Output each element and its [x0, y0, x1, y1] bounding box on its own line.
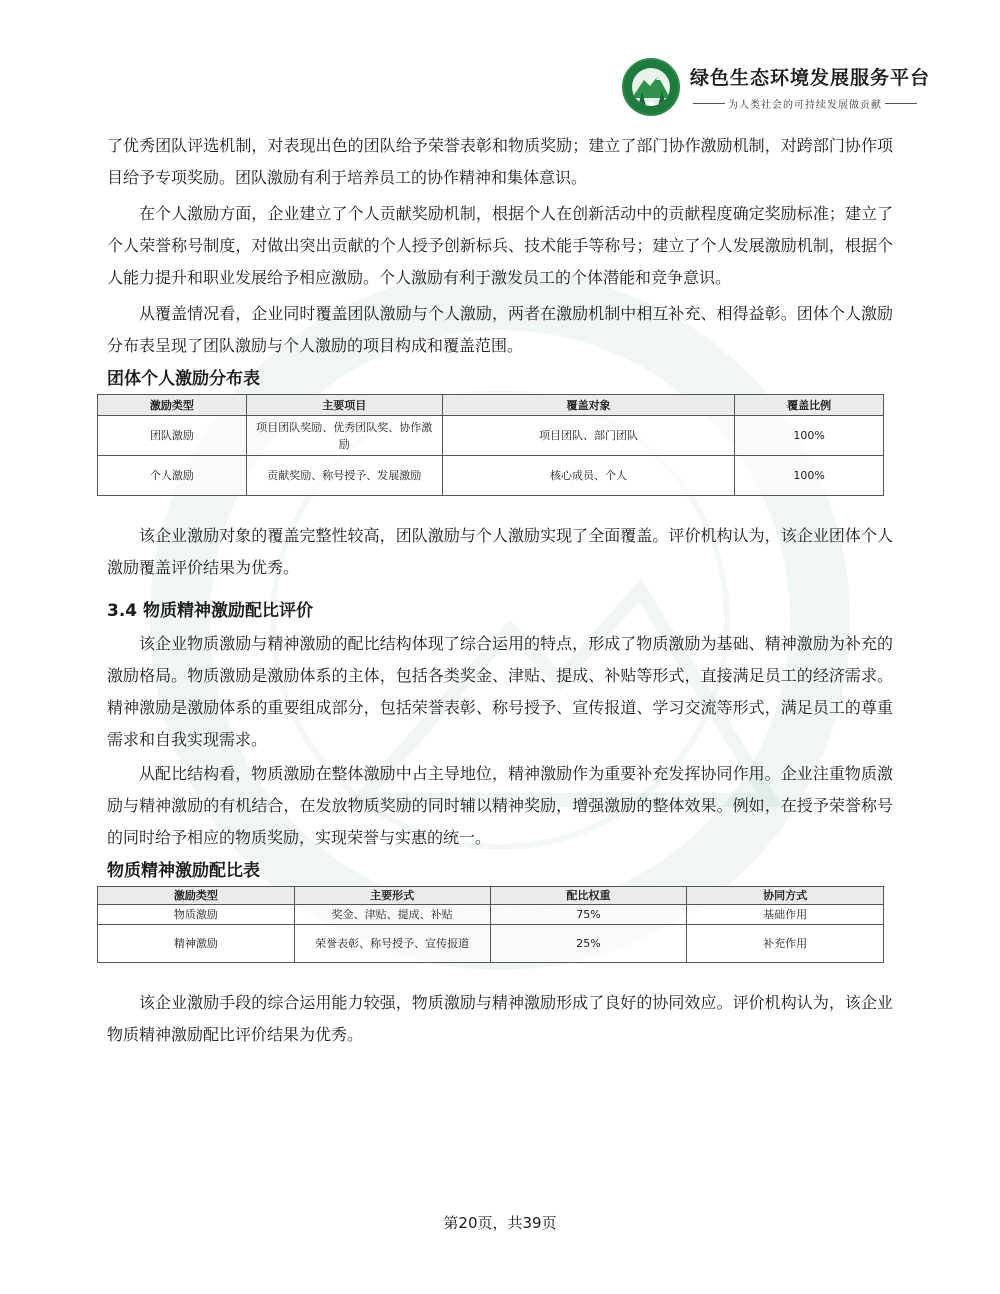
table-row: 精神激励 荣誉表彰、称号授予、宣传报道 25% 补充作用 [98, 925, 884, 963]
table-cell: 贡献奖励、称号授予、发展激励 [246, 456, 442, 496]
eco-mountain-seal-icon [622, 58, 680, 116]
table-cell: 75% [490, 905, 687, 925]
brand-title: 绿色生态环境发展服务平台 [690, 63, 930, 90]
table-header-cell: 覆盖对象 [442, 395, 734, 416]
table-row: 物质激励 奖金、津贴、提成、补贴 75% 基础作用 [98, 905, 884, 925]
table-cell: 团队激励 [98, 416, 247, 456]
table-header-cell: 配比权重 [490, 887, 687, 905]
table-row: 个人激励 贡献奖励、称号授予、发展激励 核心成员、个人 100% [98, 456, 884, 496]
brand-subtitle-row: 为人类社会的可持续发展做贡献 [690, 96, 930, 111]
table-cell: 荣誉表彰、称号授予、宣传报道 [294, 925, 490, 963]
page-header: 绿色生态环境发展服务平台 为人类社会的可持续发展做贡献 [622, 58, 930, 116]
paragraph-ratio-analysis: 从配比结构看，物质激励在整体激励中占主导地位，精神激励作为重要补充发挥协同作用。… [107, 758, 893, 854]
table-cell: 个人激励 [98, 456, 247, 496]
table-header-cell: 激励类型 [98, 395, 247, 416]
table-cell: 100% [735, 456, 884, 496]
table-cell: 补充作用 [687, 925, 884, 963]
table-cell: 奖金、津贴、提成、补贴 [294, 905, 490, 925]
table-cell: 物质激励 [98, 905, 295, 925]
table-cell: 精神激励 [98, 925, 295, 963]
table-header-cell: 主要形式 [294, 887, 490, 905]
table-header-cell: 协同方式 [687, 887, 884, 905]
table-header-row: 激励类型 主要形式 配比权重 协同方式 [98, 887, 884, 905]
document-body: 了优秀团队评选机制，对表现出色的团队给予荣誉表彰和物质奖励；建立了部门协作激励机… [107, 130, 893, 1051]
table-header-cell: 激励类型 [98, 887, 295, 905]
table2-title: 物质精神激励配比表 [107, 856, 893, 886]
paragraph-team-incentive-cont: 了优秀团队评选机制，对表现出色的团队给予荣誉表彰和物质奖励；建立了部门协作激励机… [107, 130, 893, 194]
brand-subtitle: 为人类社会的可持续发展做贡献 [728, 96, 882, 111]
table-cell: 项目团队、部门团队 [442, 416, 734, 456]
page-indicator: 第20页，共39页 [0, 1212, 1000, 1233]
table-header-row: 激励类型 主要项目 覆盖对象 覆盖比例 [98, 395, 884, 416]
paragraph-individual-incentive: 在个人激励方面，企业建立了个人贡献奖励机制，根据个人在创新活动中的贡献程度确定奖… [107, 198, 893, 294]
paragraph-ratio-evaluation: 该企业激励手段的综合运用能力较强，物质激励与精神激励形成了良好的协同效应。评价机… [107, 987, 893, 1051]
table-cell: 100% [735, 416, 884, 456]
table-cell: 基础作用 [687, 905, 884, 925]
material-spiritual-ratio-table: 激励类型 主要形式 配比权重 协同方式 物质激励 奖金、津贴、提成、补贴 75%… [97, 886, 884, 963]
team-individual-incentive-table: 激励类型 主要项目 覆盖对象 覆盖比例 团队激励 项目团队奖励、优秀团队奖、协作… [97, 394, 884, 496]
table-row: 团队激励 项目团队奖励、优秀团队奖、协作激励 项目团队、部门团队 100% [98, 416, 884, 456]
paragraph-coverage: 从覆盖情况看，企业同时覆盖团队激励与个人激励，两者在激励机制中相互补充、相得益彰… [107, 298, 893, 362]
divider [693, 103, 725, 104]
table1-title: 团体个人激励分布表 [107, 364, 893, 394]
table-header-cell: 主要项目 [246, 395, 442, 416]
table-cell: 项目团队奖励、优秀团队奖、协作激励 [246, 416, 442, 456]
paragraph-coverage-evaluation: 该企业激励对象的覆盖完整性较高，团队激励与个人激励实现了全面覆盖。评价机构认为，… [107, 520, 893, 584]
table-header-cell: 覆盖比例 [735, 395, 884, 416]
paragraph-ratio-structure: 该企业物质激励与精神激励的配比结构体现了综合运用的特点，形成了物质激励为基础、精… [107, 628, 893, 756]
table-cell: 核心成员、个人 [442, 456, 734, 496]
divider [885, 103, 917, 104]
table-cell: 25% [490, 925, 687, 963]
section-title: 3.4 物质精神激励配比评价 [107, 596, 893, 626]
